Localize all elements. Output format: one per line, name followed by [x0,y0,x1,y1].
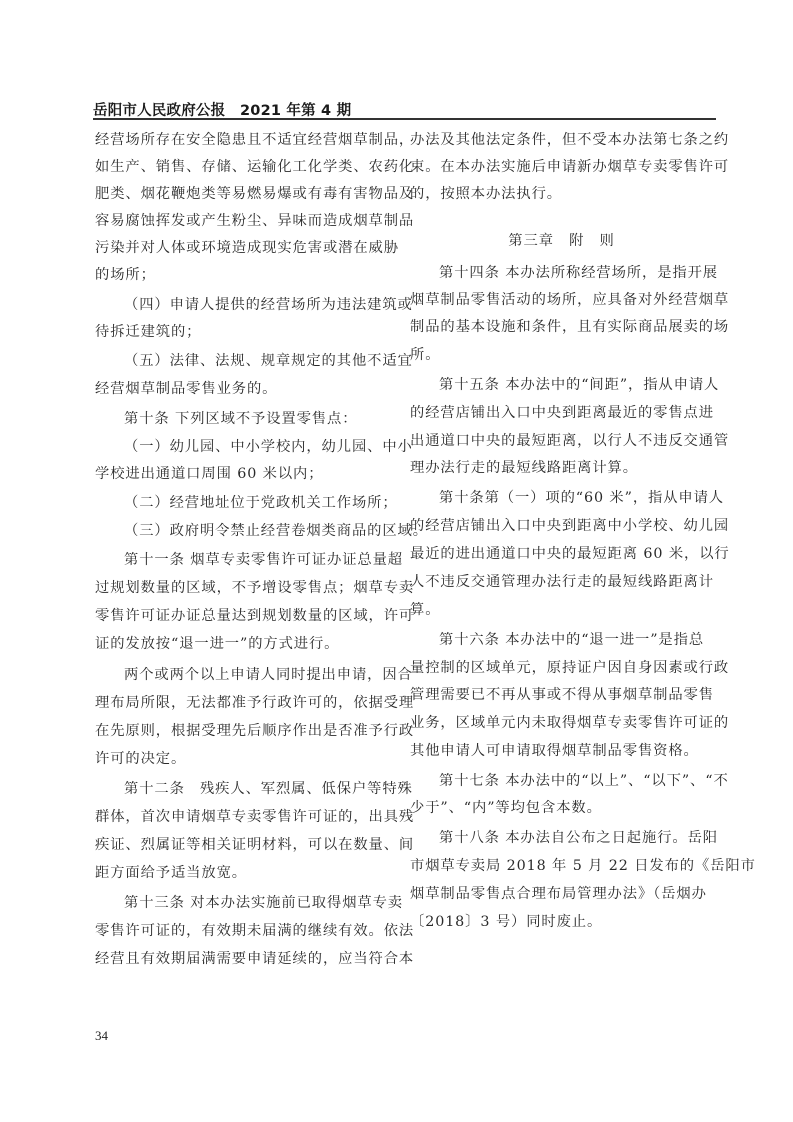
text-line: 待拆迁建筑的； [95,323,395,341]
text-line: 理布局所限，无法都准予行政许可的，依据受理 [95,694,395,712]
text-line: 经营烟草制品零售业务的。 [95,380,395,398]
text-line: 所。 [410,346,713,364]
text-line: 第十三条 对本办法实施前已取得烟草专卖 [95,894,395,912]
text-line: 的经营店铺出入口中央到距离中小学校、幼儿园 [410,517,713,535]
text-line: 算。 [410,601,713,619]
text-line: 第十二条 残疾人、军烈属、低保户等特殊 [95,780,395,798]
text-line: 第十五条 本办法中的“间距”，指从申请人 [410,376,713,394]
text-line: 经营且有效期届满需要申请延续的，应当符合本 [95,950,395,968]
text-line: 第十一条 烟草专卖零售许可证办证总量超 [95,551,395,569]
text-line: 市烟草专卖局 2018 年 5 月 22 日发布的《岳阳市 [410,857,713,875]
text-line: 的场所； [95,266,395,284]
text-line: 第十四条 本办法所称经营场所，是指开展 [410,264,713,282]
text-line: 距方面给予适当放宽。 [95,864,395,882]
text-line: 理办法行走的最短线路距离计算。 [410,459,713,477]
text-line: 量控制的区域单元，原持证户因自身因素或行政 [410,659,713,677]
text-line: 少于”、“内”等均包含本数。 [410,799,713,817]
text-line: 第十七条 本办法中的“以上”、“以下”、“不 [410,772,713,790]
text-line: 第十条第（一）项的“60 米”，指从申请人 [410,489,713,507]
text-line: 管理需要已不再从事或不得从事烟草制品零售 [410,686,713,704]
text-line: 烟草制品零售活动的场所，应具备对外经营烟草 [410,291,713,309]
text-line: 疾证、烈属证等相关证明材料，可以在数量、间 [95,836,395,854]
text-line: 其他申请人可申请取得烟草制品零售资格。 [410,742,713,760]
text-line: 如生产、销售、存储、运输化工化学类、农药化 [95,158,395,176]
text-line: 许可的决定。 [95,750,395,768]
text-line: 容易腐蚀挥发或产生粉尘、异味而造成烟草制品 [95,212,395,230]
text-line: 第十条 下列区域不予设置零售点： [95,410,395,428]
text-line: 的经营店铺出入口中央到距离最近的零售点进 [410,404,713,422]
text-line: 办法及其他法定条件，但不受本办法第七条之约 [410,131,713,149]
chapter-heading: 第三章 附 则 [410,232,713,250]
text-line: （四）申请人提供的经营场所为违法建筑或 [95,296,395,314]
text-line: 污染并对人体或环境造成现实危害或潜在威胁 [95,239,395,257]
text-line: （三）政府明令禁止经营卷烟类商品的区域。 [95,522,395,540]
text-line: 零售许可证办证总量达到规划数量的区域，许可 [95,607,395,625]
text-line: （二）经营地址位于党政机关工作场所； [95,494,395,512]
journal-header-title: 岳阳市人民政府公报 2021 年第 4 期 [93,99,351,120]
text-line: 证的发放按“退一进一”的方式进行。 [95,635,395,653]
text-line: 〔2018〕3 号）同时废止。 [410,913,713,931]
text-line: 第十六条 本办法中的“退一进一”是指总 [410,631,713,649]
text-line: 肥类、烟花鞭炮类等易燃易爆或有毒有害物品及 [95,185,395,203]
text-line: 过规划数量的区域，不予增设零售点；烟草专卖 [95,579,395,597]
text-line: 群体，首次申请烟草专卖零售许可证的，出具残 [95,808,395,826]
text-line: （一）幼儿园、中小学校内，幼儿园、中小 [95,438,395,456]
text-line: 最近的进出通道口中央的最短距离 60 米，以行 [410,545,713,563]
text-line: 束。在本办法实施后申请新办烟草专卖零售许可 [410,158,713,176]
text-line: 出通道口中央的最短距离，以行人不违反交通管 [410,432,713,450]
text-line: 在先原则，根据受理先后顺序作出是否准予行政 [95,722,395,740]
text-line: 经营场所存在安全隐患且不适宜经营烟草制品， [95,131,395,149]
text-line: 烟草制品零售点合理布局管理办法》（岳烟办 [410,885,713,903]
text-line: 学校进出通道口周围 60 米以内； [95,465,395,483]
text-line: 制品的基本设施和条件，且有实际商品展卖的场 [410,318,713,336]
text-line: 业务，区域单元内未取得烟草专卖零售许可证的 [410,714,713,732]
text-line: （五）法律、法规、规章规定的其他不适宜 [95,352,395,370]
text-line: 零售许可证的，有效期未届满的继续有效。依法 [95,922,395,940]
page-number: 34 [95,1028,108,1044]
text-line: 第十八条 本办法自公布之日起施行。岳阳 [410,829,713,847]
text-line: 两个或两个以上申请人同时提出申请，因合 [95,666,395,684]
text-line: 人不违反交通管理办法行走的最短线路距离计 [410,573,713,591]
header-divider [93,118,716,120]
text-line: 的，按照本办法执行。 [410,185,713,203]
